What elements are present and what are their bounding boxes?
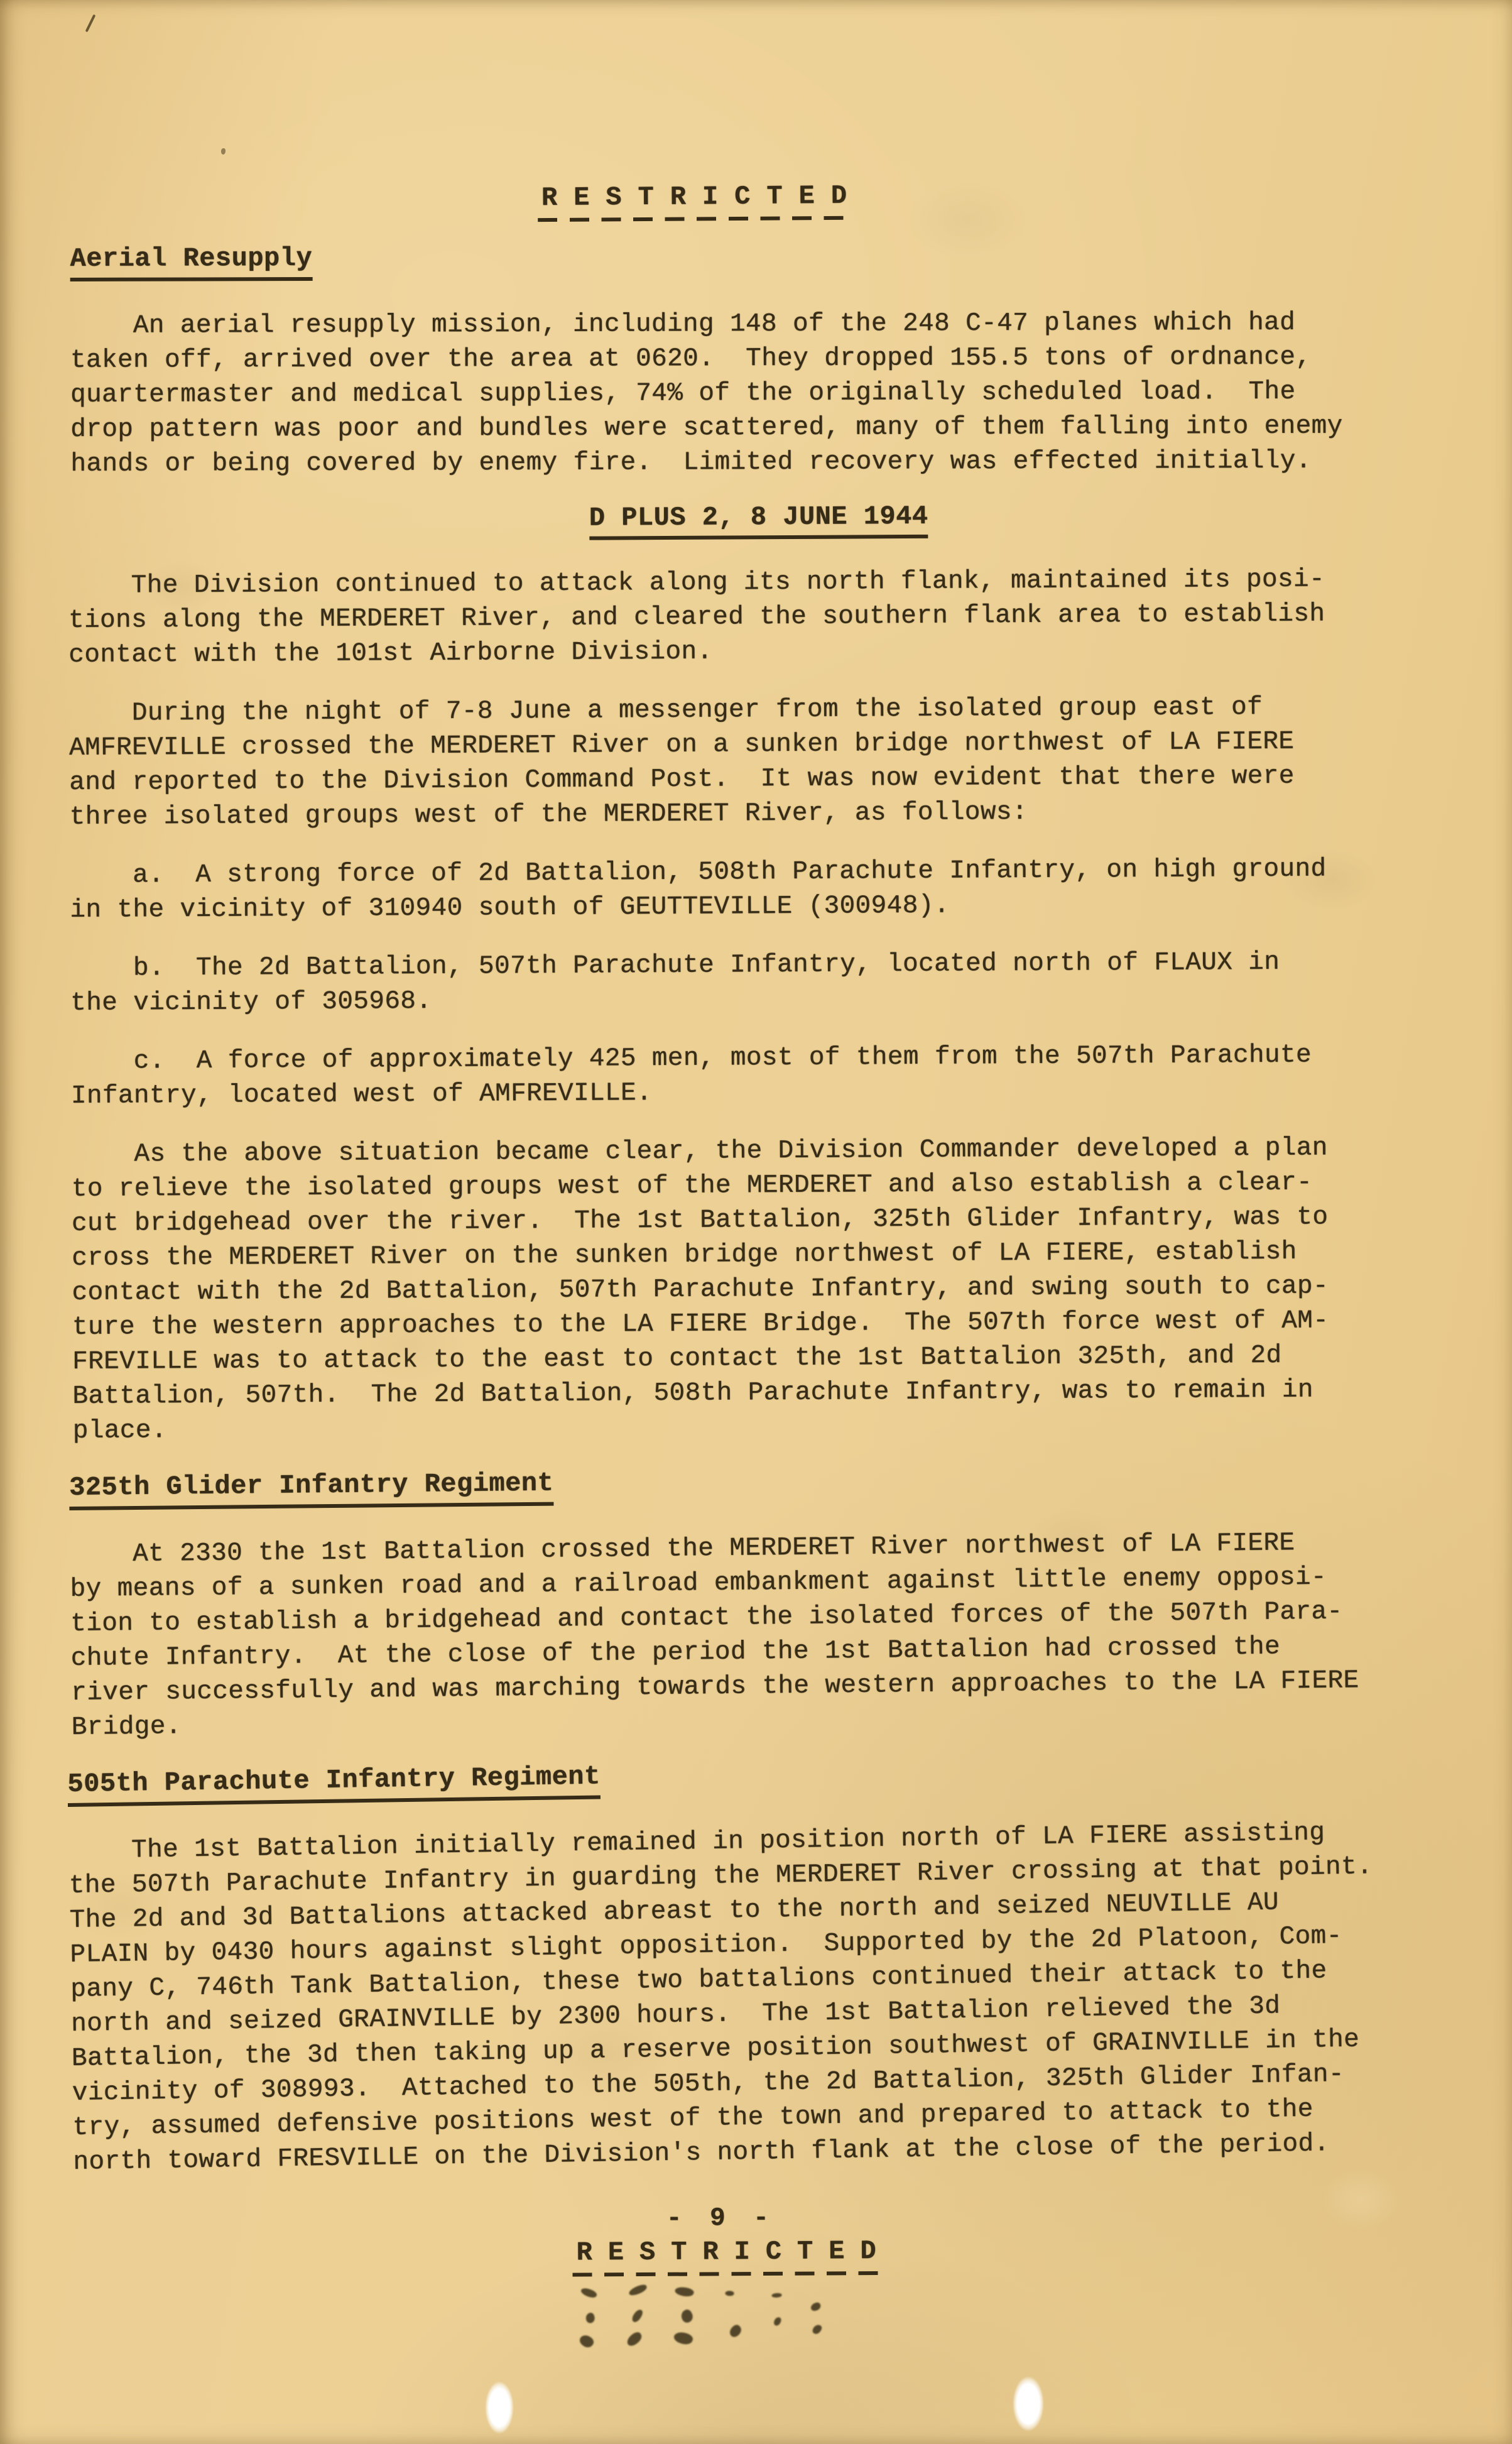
paragraph: During the night of 7-8 June a messenger… [69,689,1451,835]
list-item-c: c. A force of approximately 425 men, mos… [71,1037,1453,1114]
page-footer: - 9 - RESTRICTED [70,2200,1452,2279]
section-heading: D PLUS 2, 8 JUNE 1944 [68,498,1449,543]
page-number: - 9 - [30,2201,1411,2237]
list-item-a: a. A strong force of 2d Battalion, 508th… [70,851,1452,928]
section-heading: 325th Glider Infantry Regiment [69,1459,1450,1510]
list-item-b: b. The 2d Battalion, 507th Parachute Inf… [70,944,1452,1021]
section-325th-glider: 325th Glider Infantry Regiment At 2330 t… [69,1459,1453,1745]
page-content: RESTRICTED Aerial Resupply An aerial res… [0,0,1512,2276]
paragraph: An aerial resupply mission, including 14… [70,305,1452,482]
ink-smudge [579,2284,844,2360]
restricted-stamp-bottom: RESTRICTED [572,2236,891,2277]
section-505th-parachute: 505th Parachute Infantry Regiment The 1s… [67,1748,1454,2180]
paragraph: At 2330 the 1st Battalion crossed the ME… [70,1525,1453,1745]
paragraph: The 1st Battalion initially remained in … [68,1814,1455,2180]
section-heading: Aerial Resupply [70,240,1452,281]
restricted-stamp-top: RESTRICTED [538,181,863,222]
classification-header: RESTRICTED [70,180,1452,222]
section-heading: 505th Parachute Infantry Regiment [67,1748,1449,1807]
paragraph: The Division continued to attack along i… [68,562,1450,673]
punch-hole [485,2381,514,2434]
paragraph: As the above situation became clear, the… [71,1130,1454,1449]
section-aerial-resupply: Aerial Resupply An aerial resupply missi… [70,240,1452,482]
section-d-plus-2: D PLUS 2, 8 JUNE 1944 The Division conti… [68,498,1454,1448]
classification-footer: RESTRICTED [70,2233,1452,2279]
punch-hole [1013,2376,1044,2431]
scanned-report-page: RESTRICTED Aerial Resupply An aerial res… [0,0,1512,2444]
